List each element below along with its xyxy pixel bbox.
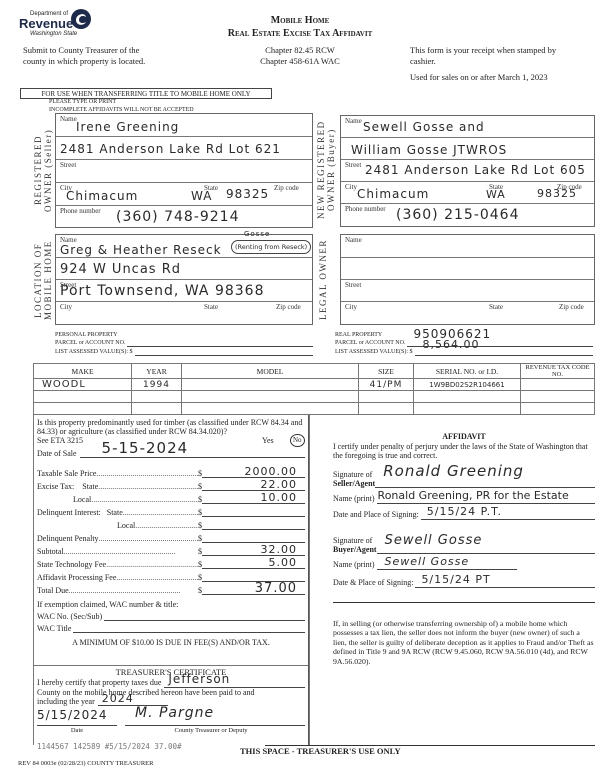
treasurer-county-input[interactable]: Jefferson <box>164 687 305 688</box>
buyer-box: Name Sewell Gosse and William Gosse JTWR… <box>340 115 595 227</box>
legal-name-row[interactable]: Name <box>341 235 594 258</box>
seller-name-row[interactable]: Name Irene Greening <box>56 114 312 137</box>
table-row <box>34 391 595 403</box>
fee-excise-local: Local...................................… <box>37 491 305 504</box>
receipt-note: This form is your receipt when stamped b… <box>410 45 595 83</box>
dor-logo: Department of Revenue Washington State <box>18 10 98 40</box>
fee-total-due: Total Due...............................… <box>37 582 305 595</box>
lien-warning: If, in selling (or otherwise transferrin… <box>333 619 595 667</box>
treasurer-certificate: TREASURER'S CERTIFICATE I hereby certify… <box>37 668 305 736</box>
seller-street-row[interactable]: Street <box>56 160 312 183</box>
legal-line2-row[interactable] <box>341 258 594 280</box>
buyer-name-value: Sewell Gosse and <box>363 120 485 134</box>
location-line2-row[interactable]: 924 W Uncas Rd <box>56 258 312 280</box>
divider <box>333 602 595 603</box>
fee-taxable-sale-price: Taxable Sale Price......................… <box>37 465 305 478</box>
wac-no-input[interactable] <box>104 620 305 621</box>
location-name-value: Greg & Heather Reseck <box>60 243 222 257</box>
buyer-name-print-input[interactable]: Sewell Gosse <box>377 569 517 570</box>
seller-signature-input[interactable]: Ronald Greening <box>375 487 595 488</box>
buyer-date-place-input[interactable]: 5/15/24 PT <box>415 587 595 588</box>
timber-no-option-selected[interactable]: No <box>290 434 305 447</box>
table-row <box>34 403 595 415</box>
affidavit-section: AFFIDAVIT I certify under penalty of per… <box>333 432 595 666</box>
seller-address-value: 2481 Anderson Lake Rd Lot 621 <box>60 142 281 156</box>
wac-title-input[interactable] <box>73 632 305 633</box>
treasurer-signature: M. Pargne <box>135 709 214 719</box>
buyer-line2-row[interactable]: William Gosse JTWROS <box>341 138 594 160</box>
receipt-stamp: 1144567 142589 #5/15/2024 37.00# <box>37 742 182 751</box>
form-title-line1: Mobile Home <box>200 15 400 26</box>
personal-property: PERSONAL PROPERTY PARCEL or ACCOUNT NO. … <box>55 331 313 356</box>
seller-date-place-input[interactable]: 5/15/24 P.T. <box>421 519 595 520</box>
buyer-phone-value: (360) 215-0464 <box>396 207 520 223</box>
instructions: PLEASE TYPE OR PRINT INCOMPLETE AFFIDAVI… <box>49 98 194 114</box>
seller-name-print-input[interactable]: Ronald Greening, PR for the Estate <box>377 503 595 504</box>
seller-signature: Ronald Greening <box>383 467 524 477</box>
buyer-signature-input[interactable]: Sewell Gosse <box>377 553 595 554</box>
seller-phone-value: (360) 748-9214 <box>116 209 240 225</box>
buyer-street-row[interactable]: Street 2481 Anderson Lake Rd Lot 605 <box>341 160 594 182</box>
personal-assessed-input[interactable] <box>135 348 313 356</box>
form-title-line2: Real Estate Excise Tax Affidavit <box>170 28 430 39</box>
location-box: Name Greg & Heather Reseck Gosse (Rentin… <box>55 234 313 325</box>
personal-account-input[interactable] <box>127 339 313 347</box>
fee-excise-state: Excise Tax: State.......................… <box>37 478 305 491</box>
tax-section: Is this property predominantly used for … <box>37 418 305 458</box>
legal-owner-section-label: LEGAL OWNER <box>318 235 336 325</box>
buyer-city-row[interactable]: City Chimacum State WA 98325 Zip code <box>341 182 594 204</box>
seller-city-value: Chimacum <box>66 189 138 203</box>
seller-city-row[interactable]: City Chimacum State WA 98325 Zip code <box>56 183 312 206</box>
dor-swirl-logo-icon <box>70 8 92 30</box>
buyer-city-value: Chimacum <box>357 187 429 201</box>
minimum-due-note: A MINIMUM OF $10.00 IS DUE IN FEE(S) AND… <box>37 638 305 647</box>
seller-zip-value: 98325 <box>226 187 269 201</box>
date-of-sale-input[interactable]: 5-15-2024 <box>80 457 305 458</box>
fee-lines: Taxable Sale Price......................… <box>37 465 305 647</box>
buyer-name2-value: William Gosse JTWROS <box>351 143 507 157</box>
buyer-signature: Sewell Gosse <box>385 536 483 546</box>
mobile-home-table: MAKE YEAR MODEL SIZE SERIAL NO. or I.D. … <box>33 363 595 415</box>
location-street-row[interactable]: Street Port Townsend, WA 98368 <box>56 280 312 302</box>
buyer-street-value: 2481 Anderson Lake Rd Lot 605 <box>365 163 586 177</box>
treasurer-date-input[interactable]: 5/15/2024 <box>37 725 117 726</box>
real-assessed-input[interactable]: 8,564.00 <box>415 348 593 356</box>
buyer-section-label: NEW REGISTEREDOWNER (Buyer) <box>316 115 340 225</box>
fee-subtotal: Subtotal................................… <box>37 543 305 556</box>
location-section-label: LOCATION OFMOBILE HOME <box>33 235 57 325</box>
location-note: (Renting from Reseck) <box>231 240 311 254</box>
seller-line2-row[interactable]: 2481 Anderson Lake Rd Lot 621 <box>56 137 312 160</box>
timber-yes-option[interactable]: Yes <box>262 436 274 445</box>
table-row: WOODL 1994 41/PM 1W9BD02S2R104661 <box>34 379 595 391</box>
fee-state-technology: State Technology Fee....................… <box>37 556 305 569</box>
affidavit-title: AFFIDAVIT <box>333 432 595 442</box>
seller-name-value: Irene Greening <box>76 120 179 134</box>
seller-phone-row[interactable]: Phone number (360) 748-9214 <box>56 206 312 228</box>
buyer-state-value: WA <box>486 188 506 201</box>
dor-state-text: Washington State <box>30 31 77 37</box>
location-address-value: 924 W Uncas Rd <box>60 262 181 277</box>
fee-delinquent-interest-state: Delinquent Interest: State..............… <box>37 504 305 517</box>
fee-delinquent-penalty: Delinquent Penalty......................… <box>37 530 305 543</box>
timber-question: Is this property predominantly used for … <box>37 418 305 436</box>
legal-city-row[interactable]: City State Zip code <box>341 302 594 324</box>
submit-note: Submit to County Treasurer of the county… <box>23 45 145 67</box>
buyer-name-row[interactable]: Name Sewell Gosse and <box>341 116 594 138</box>
seller-state-value: WA <box>191 189 212 203</box>
seller-section-label: REGISTEREDOWNER (Seller) <box>33 120 57 220</box>
table-header-row: MAKE YEAR MODEL SIZE SERIAL NO. or I.D. … <box>34 364 595 379</box>
location-city-row[interactable]: City State Zip code <box>56 302 312 324</box>
lower-frame-right <box>308 415 309 745</box>
fee-delinquent-interest-local: Local...................................… <box>37 517 305 530</box>
dor-name-text: Revenue <box>19 16 73 31</box>
location-name-row[interactable]: Name Greg & Heather Reseck Gosse (Rentin… <box>56 235 312 258</box>
treasurer-use-only: THIS SPACE - TREASURER'S USE ONLY <box>240 746 401 756</box>
chapter-refs: Chapter 82.45 RCW Chapter 458-61A WAC <box>235 45 365 67</box>
seller-box: Name Irene Greening 2481 Anderson Lake R… <box>55 113 313 228</box>
form-id: REV 84 0003e (02/28/23) COUNTY TREASURER <box>18 760 153 767</box>
location-street-value: Port Townsend, WA 98368 <box>60 283 264 299</box>
treasurer-signature-input[interactable]: M. Pargne <box>125 725 305 726</box>
legal-owner-box: Name Street City State Zip code <box>340 234 595 325</box>
divider <box>33 665 308 666</box>
legal-street-row[interactable]: Street <box>341 280 594 302</box>
real-property: REAL PROPERTY PARCEL or ACCOUNT NO.95090… <box>335 331 593 356</box>
buyer-phone-row[interactable]: Phone number (360) 215-0464 <box>341 204 594 226</box>
